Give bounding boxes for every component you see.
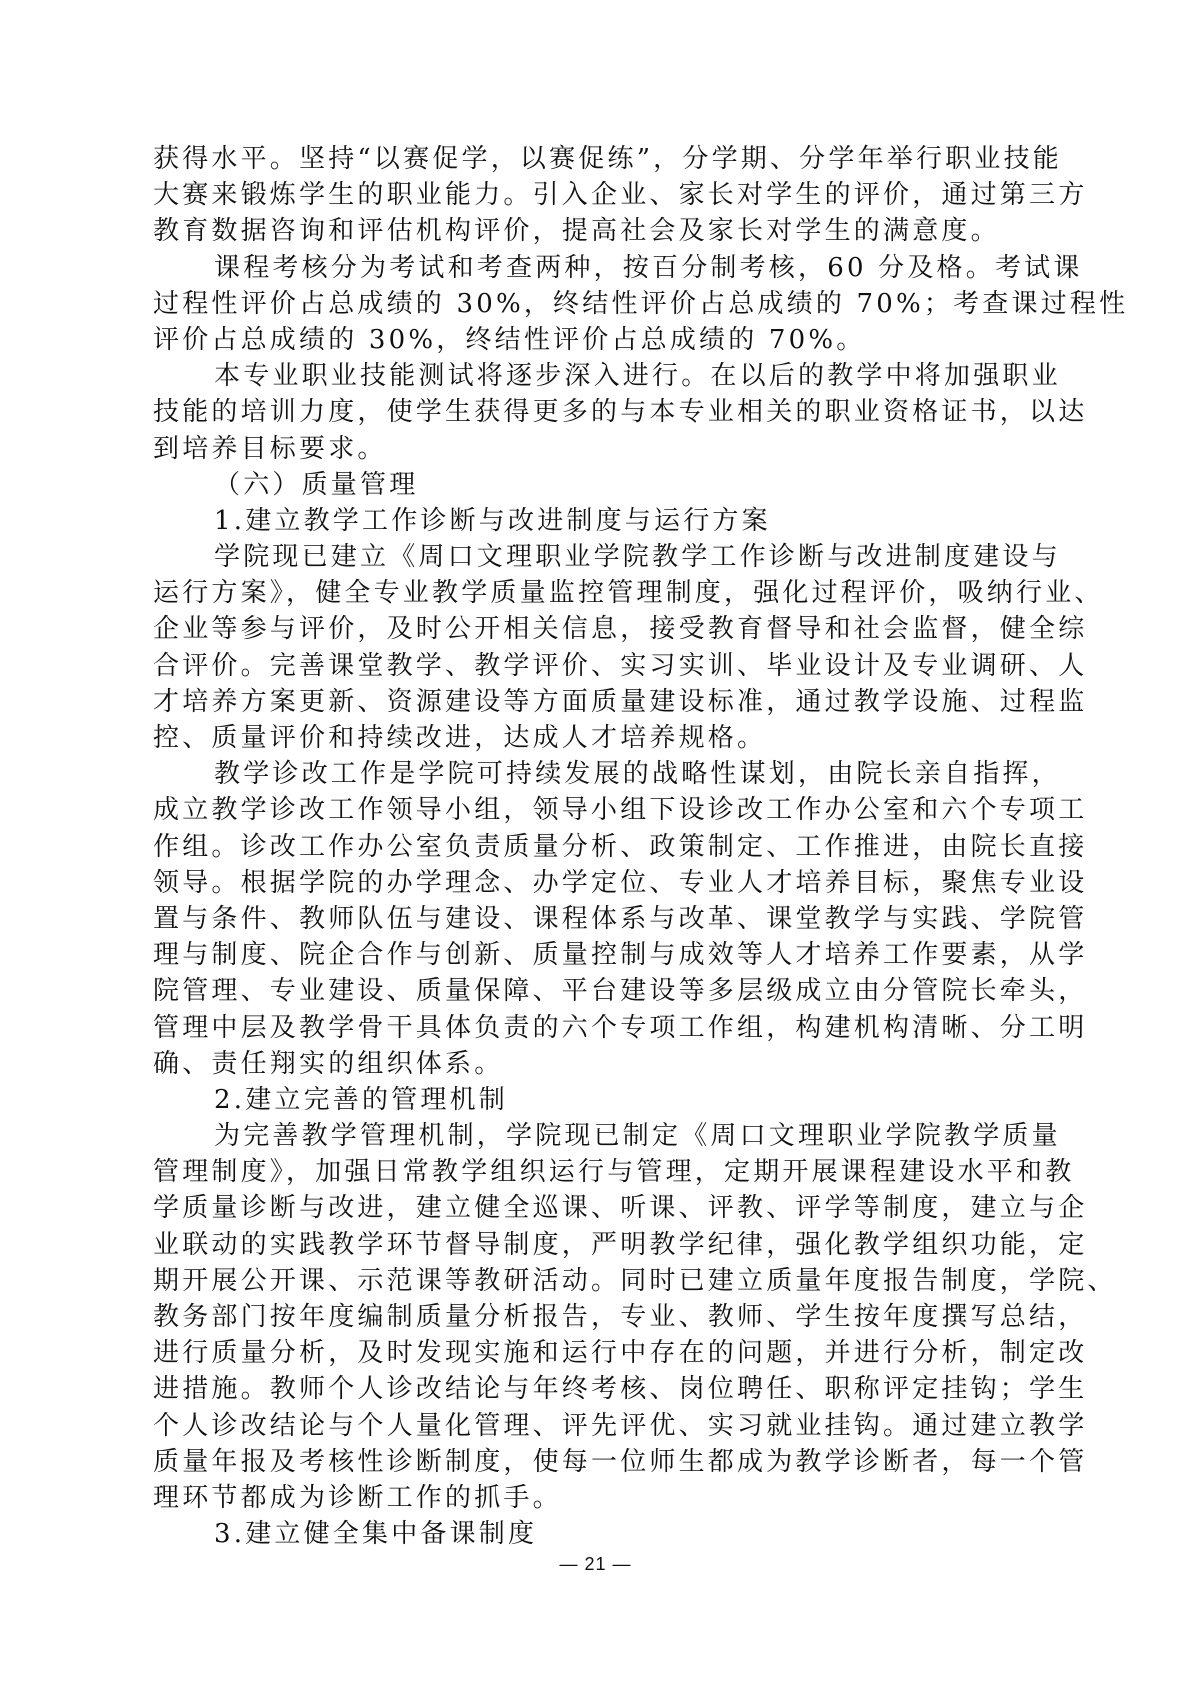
text-line: 企业等参与评价，及时公开相关信息，接受教育督导和社会监督，健全综 (153, 611, 1037, 647)
text-line: 个人诊改结论与个人量化管理、评先评优、实习就业挂钩。通过建立教学 (153, 1408, 1037, 1444)
page-number: — 21 — (0, 1554, 1191, 1575)
text-line: 大赛来锻炼学生的职业能力。引入企业、家长对学生的评价，通过第三方 (153, 177, 1037, 213)
text-line: 才培养方案更新、资源建设等方面质量建设标准，通过教学设施、过程监 (153, 684, 1037, 720)
text-line: 过程性评价占总成绩的 30%，终结性评价占总成绩的 70%；考查课过程性 (153, 286, 1037, 322)
text-line: 期开展公开课、示范课等教研活动。同时已建立质量年度报告制度，学院、 (153, 1263, 1037, 1299)
text-line: 业联动的实践教学环节督导制度，严明教学纪律，强化教学组织功能，定 (153, 1227, 1037, 1263)
body-text: 获得水平。坚持“以赛促学，以赛促练”，分学期、分学年举行职业技能大赛来锻炼学生的… (153, 141, 1037, 1552)
text-line: 运行方案》，健全专业教学质量监控管理制度，强化过程评价，吸纳行业、 (153, 575, 1037, 611)
text-line: 院管理、专业建设、质量保障、平台建设等多层级成立由分管院长牵头， (153, 973, 1037, 1009)
text-line: 确、责任翔实的组织体系。 (153, 1046, 1037, 1082)
document-page: 获得水平。坚持“以赛促学，以赛促练”，分学期、分学年举行职业技能大赛来锻炼学生的… (0, 0, 1191, 1684)
text-line: 合评价。完善课堂教学、教学评价、实习实训、毕业设计及专业调研、人 (153, 648, 1037, 684)
text-line: 控、质量评价和持续改进，达成人才培养规格。 (153, 720, 1037, 756)
text-line: 质量年报及考核性诊断制度，使每一位师生都成为教学诊断者，每一个管 (153, 1444, 1037, 1480)
text-line: 管理制度》，加强日常教学组织运行与管理，定期开展课程建设水平和教 (153, 1154, 1037, 1190)
text-line: 2.建立完善的管理机制 (153, 1082, 1037, 1118)
text-line: 本专业职业技能测试将逐步深入进行。在以后的教学中将加强职业 (153, 358, 1037, 394)
text-line: 管理中层及教学骨干具体负责的六个专项工作组，构建机构清晰、分工明 (153, 1010, 1037, 1046)
text-line: 进行质量分析，及时发现实施和运行中存在的问题，并进行分析，制定改 (153, 1335, 1037, 1371)
text-line: 3.建立健全集中备课制度 (153, 1516, 1037, 1552)
text-line: 为完善教学管理机制，学院现已制定《周口文理职业学院教学质量 (153, 1118, 1037, 1154)
text-line: 学质量诊断与改进，建立健全巡课、听课、评教、评学等制度，建立与企 (153, 1190, 1037, 1226)
text-line: 成立教学诊改工作领导小组，领导小组下设诊改工作办公室和六个专项工 (153, 792, 1037, 828)
text-line: 理与制度、院企合作与创新、质量控制与成效等人才培养工作要素，从学 (153, 937, 1037, 973)
text-line: 进措施。教师个人诊改结论与年终考核、岗位聘任、职称评定挂钩；学生 (153, 1371, 1037, 1407)
text-line: （六）质量管理 (153, 467, 1037, 503)
text-line: 领导。根据学院的办学理念、办学定位、专业人才培养目标，聚焦专业设 (153, 865, 1037, 901)
text-line: 到培养目标要求。 (153, 431, 1037, 467)
text-line: 教学诊改工作是学院可持续发展的战略性谋划，由院长亲自指挥， (153, 756, 1037, 792)
text-line: 获得水平。坚持“以赛促学，以赛促练”，分学期、分学年举行职业技能 (153, 141, 1037, 177)
text-line: 理环节都成为诊断工作的抓手。 (153, 1480, 1037, 1516)
text-line: 1.建立教学工作诊断与改进制度与运行方案 (153, 503, 1037, 539)
text-line: 技能的培训力度，使学生获得更多的与本专业相关的职业资格证书，以达 (153, 394, 1037, 430)
text-line: 教育数据咨询和评估机构评价，提高社会及家长对学生的满意度。 (153, 213, 1037, 249)
text-line: 作组。诊改工作办公室负责质量分析、政策制定、工作推进，由院长直接 (153, 829, 1037, 865)
text-line: 课程考核分为考试和考查两种，按百分制考核，60 分及格。考试课 (153, 250, 1037, 286)
text-line: 置与条件、教师队伍与建设、课程体系与改革、课堂教学与实践、学院管 (153, 901, 1037, 937)
text-line: 评价占总成绩的 30%，终结性评价占总成绩的 70%。 (153, 322, 1037, 358)
text-line: 教务部门按年度编制质量分析报告，专业、教师、学生按年度撰写总结， (153, 1299, 1037, 1335)
text-line: 学院现已建立《周口文理职业学院教学工作诊断与改进制度建设与 (153, 539, 1037, 575)
